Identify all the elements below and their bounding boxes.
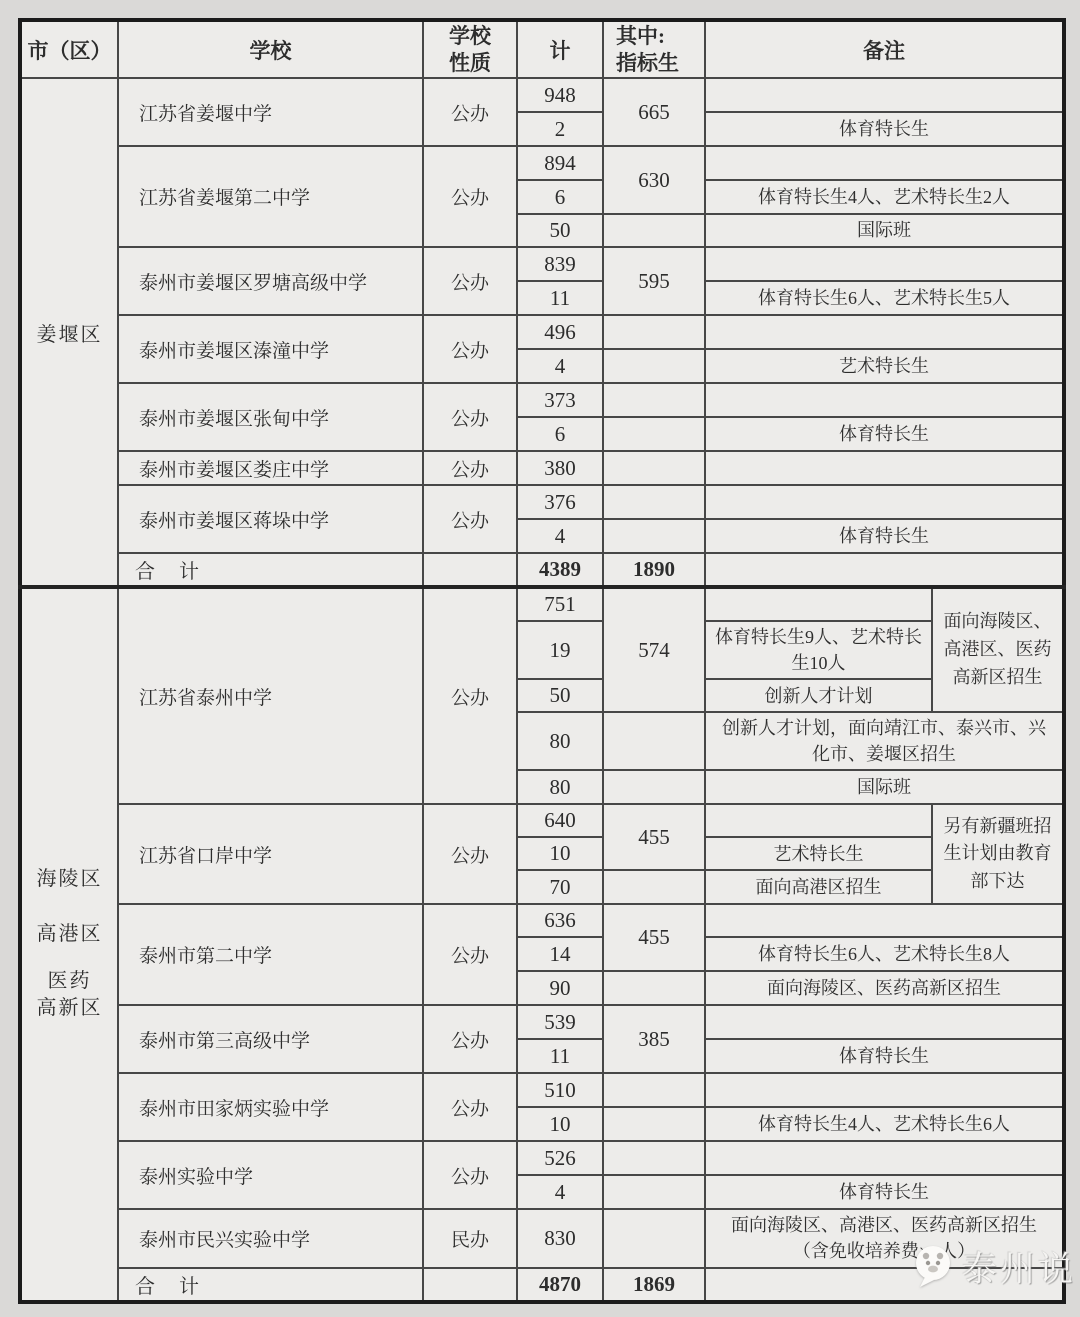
quota-cell-empty xyxy=(603,1141,705,1175)
quota-cell-empty xyxy=(603,1107,705,1141)
school-name-cell: 泰州市姜堰区溱潼中学 xyxy=(118,315,423,383)
header-quota-line2: 指标生 xyxy=(616,50,704,76)
nature-cell: 公办 xyxy=(423,485,517,553)
quota-cell-empty xyxy=(603,485,705,519)
school-name-cell: 泰州市第二中学 xyxy=(118,904,423,1005)
school-name-cell: 泰州市第三高级中学 xyxy=(118,1005,423,1073)
total-cell: 11 xyxy=(517,281,603,315)
remark-cell xyxy=(705,485,1064,519)
nature-cell: 公办 xyxy=(423,804,517,904)
quota-cell: 574 xyxy=(603,587,705,712)
remark-cell: 体育特长生 xyxy=(705,112,1064,146)
header-cell-remark: 备注 xyxy=(705,20,1064,78)
region-line: 医药 xyxy=(22,968,117,995)
total-cell: 380 xyxy=(517,451,603,485)
table-header-row: 市（区） 学校 学校 性质 计 其中: 指标生 备注 xyxy=(20,20,1064,78)
total-cell: 839 xyxy=(517,247,603,281)
remark-cell: 体育特长生6人、艺术特长生5人 xyxy=(705,281,1064,315)
total-cell: 4 xyxy=(517,349,603,383)
enrollment-plan-table: 市（区） 学校 学校 性质 计 其中: 指标生 备注 姜堰区 江苏省姜堰中学 公… xyxy=(18,18,1066,1304)
nature-cell: 公办 xyxy=(423,315,517,383)
remark-side-cell: 另有新疆班招生计划由教育部下达 xyxy=(932,804,1064,904)
header-cell-quota: 其中: 指标生 xyxy=(603,20,705,78)
panda-speech-bubble-icon xyxy=(912,1244,958,1295)
total-cell: 4 xyxy=(517,1175,603,1209)
total-cell: 539 xyxy=(517,1005,603,1039)
remark-cell xyxy=(705,383,1064,417)
section2-total-row: 合 计 4870 1869 xyxy=(20,1268,1064,1302)
quota-cell-empty xyxy=(603,1073,705,1107)
total-cell: 640 xyxy=(517,804,603,837)
school-name-cell: 江苏省口岸中学 xyxy=(118,804,423,904)
remark-cell: 体育特长生9人、艺术特长生10人 xyxy=(705,621,932,679)
quota-cell: 665 xyxy=(603,78,705,146)
quota-cell-empty xyxy=(603,383,705,417)
remark-cell: 面向高港区招生 xyxy=(705,870,932,904)
table-row: 泰州市姜堰区罗塘高级中学 公办 839 595 xyxy=(20,247,1064,281)
sum-label-cell: 合 计 xyxy=(118,1268,423,1302)
table-row: 泰州市姜堰区蒋垛中学 公办 376 xyxy=(20,485,1064,519)
total-cell: 70 xyxy=(517,870,603,904)
total-cell: 6 xyxy=(517,417,603,451)
total-cell: 11 xyxy=(517,1039,603,1073)
section1-total-row: 合 计 4389 1890 xyxy=(20,553,1064,587)
total-cell: 526 xyxy=(517,1141,603,1175)
sum-quota-cell: 1890 xyxy=(603,553,705,587)
school-name-cell: 江苏省姜堰第二中学 xyxy=(118,146,423,247)
header-nature-line2: 性质 xyxy=(424,50,516,76)
remark-cell xyxy=(705,1141,1064,1175)
remark-cell: 体育特长生 xyxy=(705,417,1064,451)
remark-cell: 创新人才计划，面向靖江市、泰兴市、兴化市、姜堰区招生 xyxy=(705,712,1064,770)
region-cell-hailing-gaogang: 海陵区 高港区 医药 高新区 xyxy=(20,587,118,1302)
remark-cell: 体育特长生4人、艺术特长生6人 xyxy=(705,1107,1064,1141)
remark-cell: 面向海陵区、医药高新区招生 xyxy=(705,971,1064,1005)
remark-cell-empty xyxy=(705,553,1064,587)
remark-cell: 创新人才计划 xyxy=(705,679,932,712)
table-row: 江苏省姜堰第二中学 公办 894 630 xyxy=(20,146,1064,180)
nature-cell: 公办 xyxy=(423,78,517,146)
total-cell: 50 xyxy=(517,214,603,247)
table-row: 泰州市田家炳实验中学 公办 510 xyxy=(20,1073,1064,1107)
sum-total-cell: 4870 xyxy=(517,1268,603,1302)
school-name-cell: 江苏省泰州中学 xyxy=(118,587,423,804)
total-cell: 50 xyxy=(517,679,603,712)
table-row: 泰州市第三高级中学 公办 539 385 xyxy=(20,1005,1064,1039)
remark-cell: 国际班 xyxy=(705,214,1064,247)
total-cell: 4 xyxy=(517,519,603,553)
quota-cell-empty xyxy=(603,315,705,349)
header-cell-total: 计 xyxy=(517,20,603,78)
nature-cell-empty xyxy=(423,1268,517,1302)
school-name-cell: 泰州市姜堰区娄庄中学 xyxy=(118,451,423,485)
sum-label-cell: 合 计 xyxy=(118,553,423,587)
nature-cell: 公办 xyxy=(423,1005,517,1073)
table-row: 泰州市民兴实验中学 民办 830 面向海陵区、高港区、医药高新区招生（含免收培养… xyxy=(20,1209,1064,1267)
table-row: 泰州市姜堰区溱潼中学 公办 496 xyxy=(20,315,1064,349)
total-cell: 80 xyxy=(517,712,603,770)
table-row: 泰州实验中学 公办 526 xyxy=(20,1141,1064,1175)
remark-cell xyxy=(705,247,1064,281)
school-name-cell: 泰州市田家炳实验中学 xyxy=(118,1073,423,1141)
quota-cell-empty xyxy=(603,1175,705,1209)
total-cell: 80 xyxy=(517,770,603,804)
remark-cell xyxy=(705,804,932,837)
total-cell: 948 xyxy=(517,78,603,112)
quota-cell-empty xyxy=(603,971,705,1005)
nature-cell: 公办 xyxy=(423,1073,517,1141)
header-cell-school: 学校 xyxy=(118,20,423,78)
total-cell: 496 xyxy=(517,315,603,349)
nature-cell-empty xyxy=(423,553,517,587)
quota-cell-empty xyxy=(603,712,705,770)
region-line: 高港区 xyxy=(22,921,117,948)
total-cell: 830 xyxy=(517,1209,603,1267)
school-name-cell: 泰州实验中学 xyxy=(118,1141,423,1209)
remark-cell xyxy=(705,1005,1064,1039)
total-cell: 14 xyxy=(517,937,603,971)
region-line: 海陵区 xyxy=(22,866,117,893)
sum-total-cell: 4389 xyxy=(517,553,603,587)
nature-cell: 公办 xyxy=(423,383,517,451)
quota-cell: 630 xyxy=(603,146,705,214)
total-cell: 751 xyxy=(517,587,603,621)
school-name-cell: 泰州市民兴实验中学 xyxy=(118,1209,423,1267)
remark-cell: 体育特长生 xyxy=(705,519,1064,553)
watermark: 泰州说 xyxy=(912,1244,1076,1295)
total-cell: 19 xyxy=(517,621,603,679)
remark-cell: 艺术特长生 xyxy=(705,349,1064,383)
quota-cell-empty xyxy=(603,451,705,485)
school-name-cell: 泰州市姜堰区罗塘高级中学 xyxy=(118,247,423,315)
school-name-cell: 泰州市姜堰区张甸中学 xyxy=(118,383,423,451)
remark-cell: 体育特长生4人、艺术特长生2人 xyxy=(705,180,1064,214)
remark-cell xyxy=(705,904,1064,937)
region-line: 高新区 xyxy=(22,995,117,1022)
nature-cell: 民办 xyxy=(423,1209,517,1267)
total-cell: 376 xyxy=(517,485,603,519)
remark-cell xyxy=(705,315,1064,349)
remark-cell: 体育特长生 xyxy=(705,1175,1064,1209)
remark-cell xyxy=(705,587,932,621)
header-cell-region: 市（区） xyxy=(20,20,118,78)
remark-cell: 体育特长生6人、艺术特长生8人 xyxy=(705,937,1064,971)
quota-cell-empty xyxy=(603,349,705,383)
total-cell: 373 xyxy=(517,383,603,417)
nature-cell: 公办 xyxy=(423,451,517,485)
total-cell: 10 xyxy=(517,1107,603,1141)
quota-cell-empty xyxy=(603,417,705,451)
school-name-cell: 泰州市姜堰区蒋垛中学 xyxy=(118,485,423,553)
table-row: 泰州市姜堰区娄庄中学 公办 380 xyxy=(20,451,1064,485)
table-row: 泰州市姜堰区张甸中学 公办 373 xyxy=(20,383,1064,417)
quota-cell-empty xyxy=(603,214,705,247)
nature-cell: 公办 xyxy=(423,587,517,804)
quota-cell-empty xyxy=(603,870,705,904)
quota-cell: 455 xyxy=(603,904,705,971)
sum-quota-cell: 1869 xyxy=(603,1268,705,1302)
remark-cell xyxy=(705,78,1064,112)
total-cell: 510 xyxy=(517,1073,603,1107)
quota-cell: 455 xyxy=(603,804,705,870)
quota-cell-empty xyxy=(603,770,705,804)
header-cell-nature: 学校 性质 xyxy=(423,20,517,78)
remark-cell xyxy=(705,146,1064,180)
total-cell: 636 xyxy=(517,904,603,937)
nature-cell: 公办 xyxy=(423,1141,517,1209)
table-row: 海陵区 高港区 医药 高新区 江苏省泰州中学 公办 751 574 面向海陵区、… xyxy=(20,587,1064,621)
nature-cell: 公办 xyxy=(423,146,517,247)
quota-cell: 385 xyxy=(603,1005,705,1073)
header-quota-line1: 其中: xyxy=(616,23,704,49)
remark-cell: 国际班 xyxy=(705,770,1064,804)
total-cell: 2 xyxy=(517,112,603,146)
school-name-cell: 江苏省姜堰中学 xyxy=(118,78,423,146)
remark-cell: 艺术特长生 xyxy=(705,837,932,870)
remark-side-cell: 面向海陵区、高港区、医药高新区招生 xyxy=(932,587,1064,712)
table-row: 泰州市第二中学 公办 636 455 xyxy=(20,904,1064,937)
total-cell: 10 xyxy=(517,837,603,870)
total-cell: 894 xyxy=(517,146,603,180)
nature-cell: 公办 xyxy=(423,904,517,1005)
total-cell: 90 xyxy=(517,971,603,1005)
total-cell: 6 xyxy=(517,180,603,214)
remark-cell: 体育特长生 xyxy=(705,1039,1064,1073)
table-row: 江苏省口岸中学 公办 640 455 另有新疆班招生计划由教育部下达 xyxy=(20,804,1064,837)
remark-cell xyxy=(705,451,1064,485)
enrollment-table-page: 市（区） 学校 学校 性质 计 其中: 指标生 备注 姜堰区 江苏省姜堰中学 公… xyxy=(0,0,1080,1317)
quota-cell: 595 xyxy=(603,247,705,315)
region-cell-jiangyan: 姜堰区 xyxy=(20,78,118,587)
remark-cell xyxy=(705,1073,1064,1107)
nature-cell: 公办 xyxy=(423,247,517,315)
quota-cell-empty xyxy=(603,519,705,553)
table-row: 姜堰区 江苏省姜堰中学 公办 948 665 xyxy=(20,78,1064,112)
header-nature-line1: 学校 xyxy=(424,23,516,49)
watermark-text: 泰州说 xyxy=(962,1249,1076,1291)
quota-cell-empty xyxy=(603,1209,705,1267)
